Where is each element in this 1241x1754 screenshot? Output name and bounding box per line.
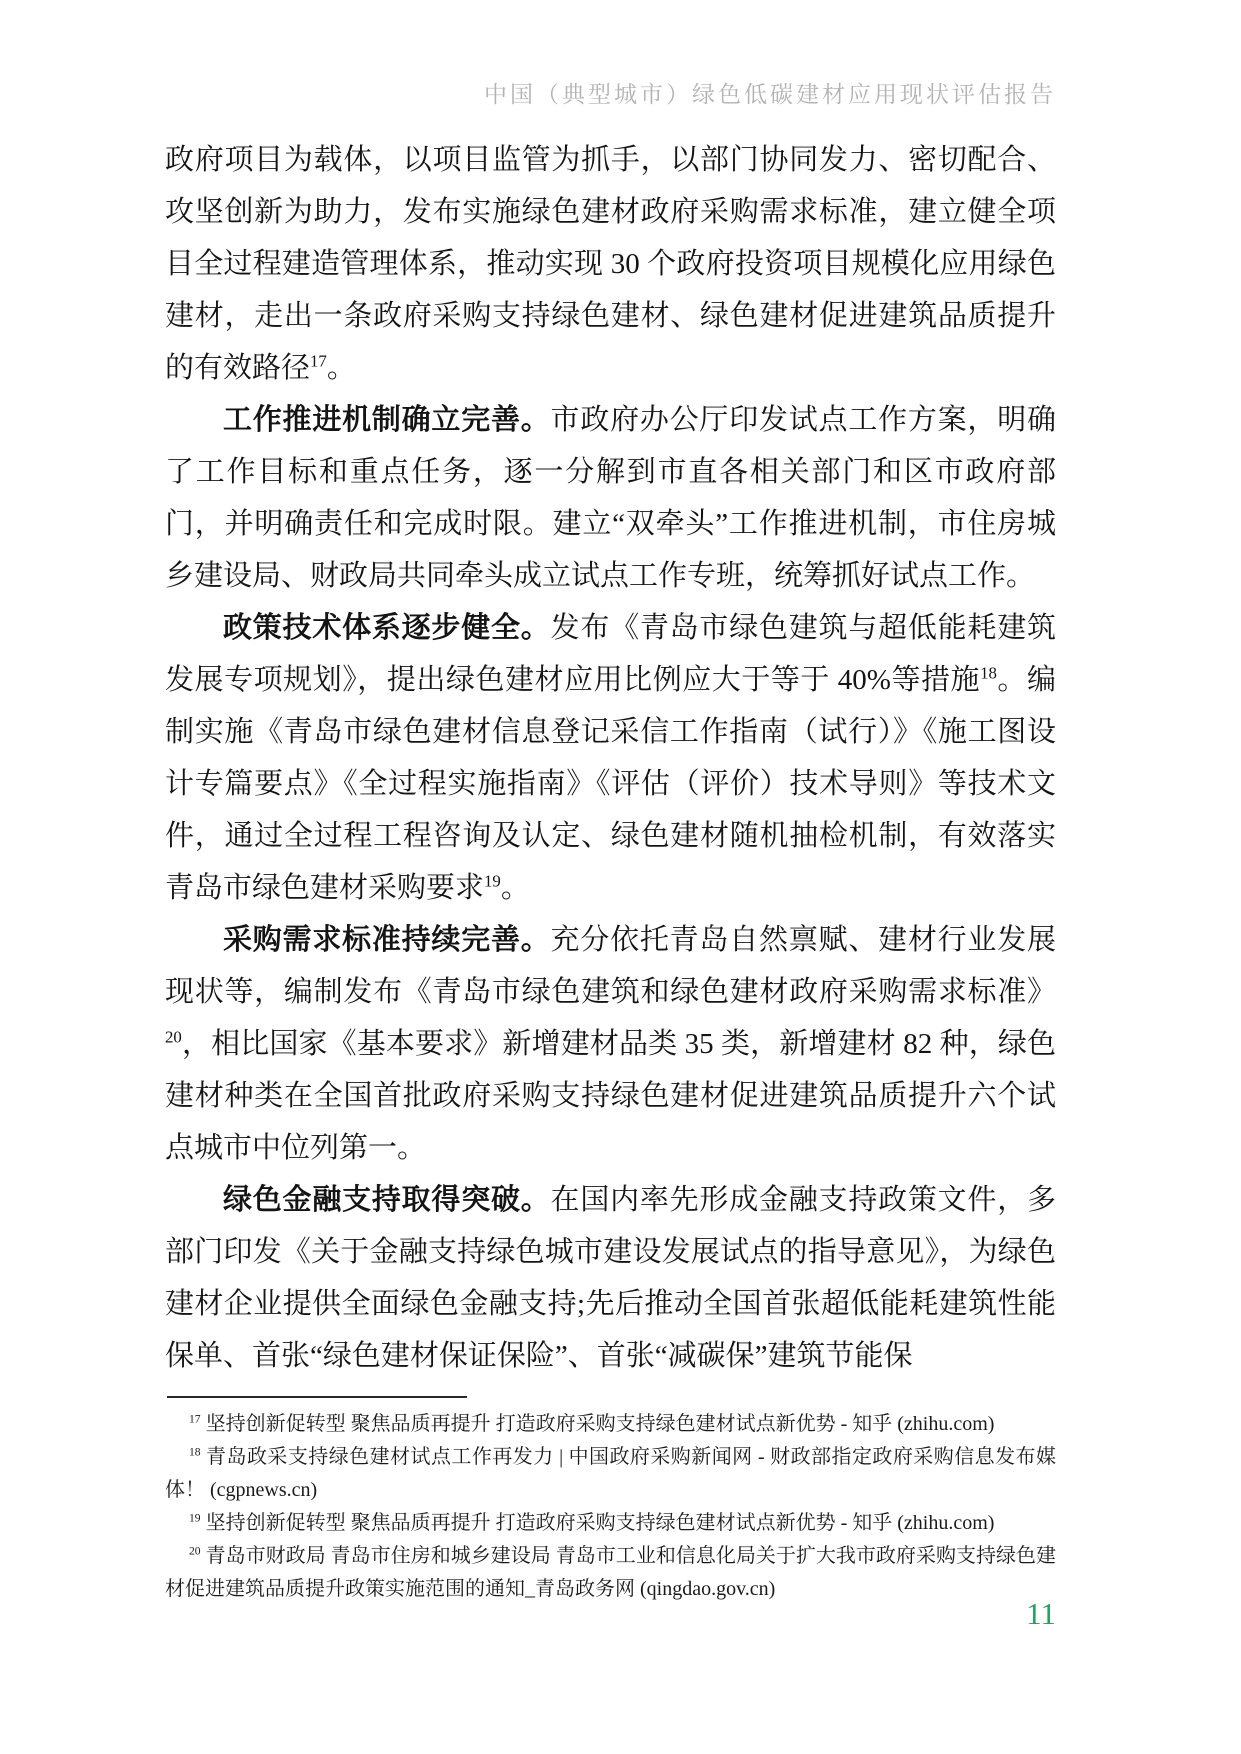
paragraph-text: 。编制实施《青岛市绿色建材信息登记采信工作指南（试行）》《施工图设计专篇要点》《…: [165, 664, 1056, 904]
paragraph-text: 政府项目为载体，以项目监管为抓手，以部门协同发力、密切配合、攻坚创新为助力，发布…: [165, 144, 1056, 384]
paragraph: 采购需求标准持续完善。充分依托青岛自然禀赋、建材行业发展现状等，编制发布《青岛市…: [165, 914, 1056, 1174]
footnote-ref: 20: [165, 1027, 182, 1046]
paragraph-lead: 绿色金融支持取得突破。: [223, 1184, 551, 1216]
page-header-title: 中国（典型城市）绿色低碳建材应用现状评估报告: [165, 76, 1056, 109]
report-page: 中国（典型城市）绿色低碳建材应用现状评估报告 政府项目为载体，以项目监管为抓手，…: [0, 0, 1241, 1754]
footnote-ref: 17: [310, 351, 327, 370]
paragraph-lead: 工作推进机制确立完善。: [223, 404, 551, 436]
footnote-ref: 19: [484, 871, 501, 890]
paragraph: 政策技术体系逐步健全。发布《青岛市绿色建筑与超低能耗建筑发展专项规划》，提出绿色…: [165, 602, 1056, 914]
footnote: 17 坚持创新促转型 聚焦品质再提升 打造政府采购支持绿色建材试点新优势 - 知…: [165, 1408, 1056, 1441]
footnote-number: 19: [189, 1511, 201, 1524]
footnote-number: 18: [189, 1445, 201, 1458]
paragraph-lead: 政策技术体系逐步健全。: [223, 612, 551, 644]
footnote-number: 17: [189, 1412, 201, 1425]
footnote-ref: 18: [980, 663, 997, 682]
paragraph-text: ，相比国家《基本要求》新增建材品类 35 类，新增建材 82 种，绿色建材种类在…: [165, 1028, 1056, 1164]
paragraph-text: 。: [327, 352, 356, 384]
footnote-number: 20: [189, 1544, 201, 1557]
paragraph-text: 。: [501, 872, 530, 904]
page-number: 11: [165, 1596, 1056, 1632]
body-text: 政府项目为载体，以项目监管为抓手，以部门协同发力、密切配合、攻坚创新为助力，发布…: [165, 134, 1056, 1382]
paragraph: 工作推进机制确立完善。市政府办公厅印发试点工作方案，明确了工作目标和重点任务，逐…: [165, 394, 1056, 602]
footnote-list: 17 坚持创新促转型 聚焦品质再提升 打造政府采购支持绿色建材试点新优势 - 知…: [165, 1408, 1056, 1606]
paragraph: 政府项目为载体，以项目监管为抓手，以部门协同发力、密切配合、攻坚创新为助力，发布…: [165, 134, 1056, 394]
paragraph: 绿色金融支持取得突破。在国内率先形成金融支持政策文件，多部门印发《关于金融支持绿…: [165, 1174, 1056, 1382]
footnote: 19 坚持创新促转型 聚焦品质再提升 打造政府采购支持绿色建材试点新优势 - 知…: [165, 1507, 1056, 1540]
paragraph-lead: 采购需求标准持续完善。: [223, 924, 551, 956]
footnote-separator: [167, 1396, 467, 1398]
footnote-area: 17 坚持创新促转型 聚焦品质再提升 打造政府采购支持绿色建材试点新优势 - 知…: [165, 1396, 1056, 1606]
footnote: 18 青岛政采支持绿色建材试点工作再发力 | 中国政府采购新闻网 - 财政部指定…: [165, 1441, 1056, 1507]
